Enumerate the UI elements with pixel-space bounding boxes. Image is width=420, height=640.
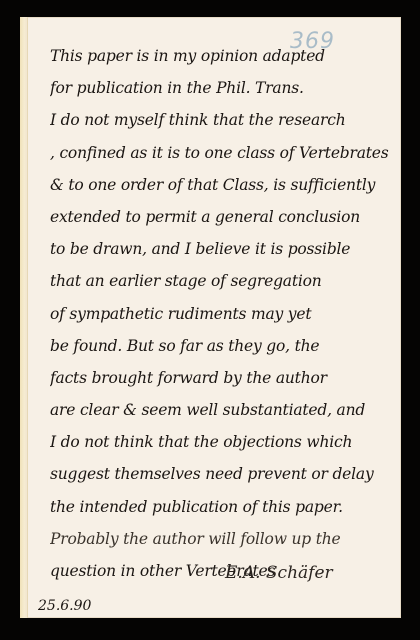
text-line: are clear & seem well substantiated, and bbox=[50, 394, 395, 426]
text-line: the intended publication of this paper. bbox=[50, 491, 395, 523]
text-line: This paper is in my opinion adapted bbox=[50, 40, 395, 72]
text-line: that an earlier stage of segregation bbox=[50, 265, 395, 297]
text-line: Probably the author will follow up the bbox=[50, 523, 395, 555]
text-line: , confined as it is to one class of Vert… bbox=[50, 137, 395, 169]
text-line: be found. But so far as they go, the bbox=[50, 330, 395, 362]
signature: E.A. Schäfer bbox=[225, 563, 333, 583]
text-line: for publication in the Phil. Trans. bbox=[50, 72, 395, 104]
date: 25.6.90 bbox=[38, 598, 91, 614]
text-line: extended to permit a general conclusion bbox=[50, 201, 395, 233]
text-line: & to one order of that Class, is suffici… bbox=[50, 169, 395, 201]
text-line: I do not myself think that the research bbox=[50, 104, 395, 136]
page-binding-edge bbox=[20, 17, 28, 618]
text-line: suggest themselves need prevent or delay bbox=[50, 458, 395, 490]
text-line: of sympathetic rudiments may yet bbox=[50, 298, 395, 330]
text-line: to be drawn, and I believe it is possibl… bbox=[50, 233, 395, 265]
manuscript-text: This paper is in my opinion adapted for … bbox=[50, 40, 395, 587]
text-line: question in other Vertebrates bbox=[50, 555, 395, 587]
text-line: facts brought forward by the author bbox=[50, 362, 395, 394]
text-line: I do not think that the objections which bbox=[50, 426, 395, 458]
